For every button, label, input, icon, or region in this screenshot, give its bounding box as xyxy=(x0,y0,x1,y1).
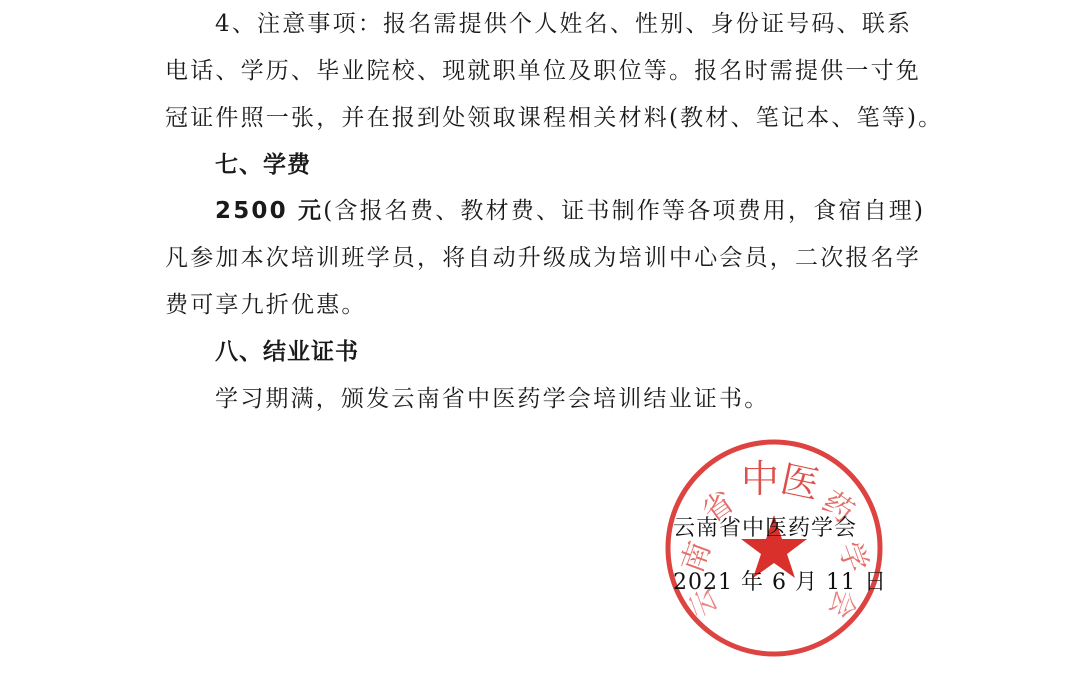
section8-heading: 八、结业证书 xyxy=(215,333,359,366)
official-seal-icon: 中 医 省 药 南 学 云 会 xyxy=(663,437,885,659)
signature-organization: 云南省中医药学会 xyxy=(673,511,857,542)
fee-details: (含报名费、教材费、证书制作等各项费用，食宿自理) xyxy=(323,198,925,224)
fee-line2: 凡参加本次培训班学员，将自动升级成为培训中心会员，二次报名学 xyxy=(165,239,921,272)
item4-line2: 电话、学历、毕业院校、现就职单位及职位等。报名时需提供一寸免 xyxy=(165,52,921,85)
fee-line3: 费可享九折优惠。 xyxy=(165,286,367,319)
certificate-line: 学习期满，颁发云南省中医药学会培训结业证书。 xyxy=(215,380,769,413)
section7-heading: 七、学费 xyxy=(215,146,311,179)
item4-line3: 冠证件照一张，并在报到处领取课程相关材料(教材、笔记本、笔等)。 xyxy=(165,99,943,132)
fee-line1: 2500 元(含报名费、教材费、证书制作等各项费用，食宿自理) xyxy=(215,192,925,225)
svg-text:中: 中 xyxy=(741,457,779,501)
svg-text:医: 医 xyxy=(777,457,823,508)
signature-date: 2021 年 6 月 11 日 xyxy=(673,565,887,596)
item4-line1: 4、注意事项：报名需提供个人姓名、性别、身份证号码、联系 xyxy=(215,5,912,38)
fee-amount: 2500 元 xyxy=(215,198,323,224)
